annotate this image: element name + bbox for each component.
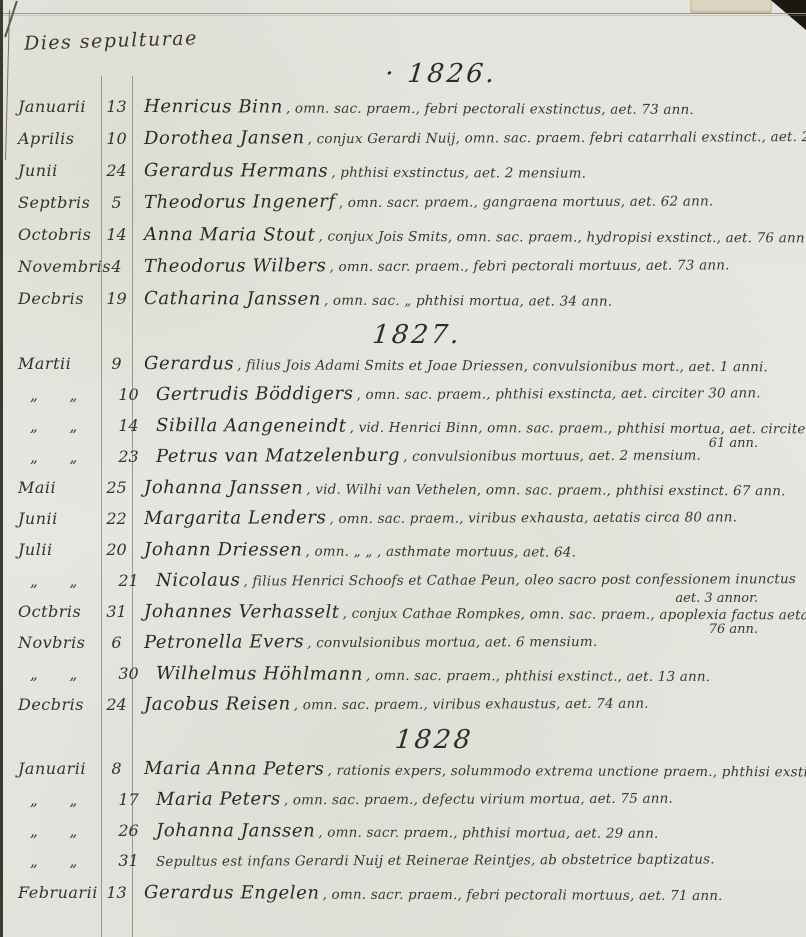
entry-name: Sibilla Aangeneindt — [156, 415, 347, 437]
entry-name: Wilhelmus Höhlmann — [156, 663, 363, 685]
register-row: Decbris24Jacobus Reisen, omn. sac. praem… — [0, 694, 806, 725]
register-row: Maii25Johanna Janssen, vid. Wilhi van Ve… — [0, 477, 806, 508]
entry-detail: , omn. sac. praem., defectu virium mortu… — [284, 791, 673, 809]
entry-day: 9 — [101, 354, 132, 373]
entry-name: Petrus van Matzelenburg — [156, 445, 400, 467]
register-row: „ „17Maria Peters, omn. sac. praem., def… — [0, 789, 806, 820]
entry-day: 22 — [101, 509, 132, 528]
entry-text: Theodorus Wilbers, omn. sacr. praem., fe… — [132, 253, 806, 277]
entry-name: Gertrudis Böddigers — [156, 383, 354, 405]
register-row: „ „10Gertrudis Böddigers, omn. sac. prae… — [0, 384, 806, 415]
entry-text: Gertrudis Böddigers, omn. sac. praem., p… — [144, 381, 806, 405]
entry-detail: , filius Henrici Schoofs et Cathae Peun,… — [243, 571, 796, 589]
entry-name: Johanna Janssen — [156, 820, 315, 842]
entry-day: 24 — [101, 161, 132, 180]
entry-detail: Sepultus est infans Gerardi Nuij et Rein… — [156, 852, 715, 870]
entry-text: Nicolaus, filius Henrici Schoofs et Cath… — [144, 567, 806, 591]
entry-detail: , omn. sacr. praem., gangraena mortuus, … — [339, 193, 714, 211]
entry-detail: , rationis expers, solummodo extrema unc… — [328, 763, 806, 781]
entry-month: Septbris — [0, 193, 101, 212]
entry-day: 10 — [113, 385, 144, 404]
entry-text: Gerardus, filius Jois Adami Smits et Joa… — [132, 353, 806, 376]
entry-name: Theodorus Ingenerf — [144, 191, 336, 213]
entry-name: Jacobus Reisen — [144, 693, 291, 715]
entry-detail: , conjux Cathae Rompkes, omn. sac. praem… — [343, 606, 806, 624]
entry-day: 17 — [113, 790, 144, 809]
entry-day: 31 — [113, 851, 144, 870]
burial-register: · 1826.Januarii13Henricus Binn, omn. sac… — [0, 56, 806, 913]
entry-month: Junii — [0, 161, 101, 180]
entry-day: 20 — [101, 540, 132, 559]
entry-month: „ „ — [0, 791, 113, 809]
entry-detail: , omn. „ „ , asthmate mortuus, aet. 64. — [305, 544, 576, 561]
entry-day: 26 — [113, 821, 144, 840]
register-row: Januarii13Henricus Binn, omn. sac. praem… — [0, 96, 806, 128]
entry-name: Dorothea Jansen — [144, 127, 305, 149]
entry-name: Johann Driessen — [144, 539, 303, 561]
entry-detail: , convulsionibus mortua, aet. 6 mensium. — [307, 634, 597, 651]
entry-detail: , convulsionibus mortuus, aet. 2 mensium… — [403, 448, 701, 465]
entry-text: Sepultus est infans Gerardi Nuij et Rein… — [144, 851, 806, 870]
entry-month: Januarii — [0, 97, 101, 116]
register-row: Decbris19Catharina Janssen, omn. sac. „ … — [0, 288, 806, 320]
entry-text: Gerardus Hermans, phthisi exstinctus, ae… — [132, 160, 806, 183]
entry-text: Henricus Binn, omn. sac. praem., febri p… — [132, 96, 806, 119]
entry-month: Novembris — [0, 257, 101, 276]
register-row: Februarii13Gerardus Engelen, omn. sacr. … — [0, 882, 806, 913]
register-row: „ „21Nicolaus, filius Henrici Schoofs et… — [0, 570, 806, 601]
page-title: Dies sepulturae — [24, 27, 198, 54]
entry-day: 23 — [113, 447, 144, 466]
year-section: · 1826.Januarii13Henricus Binn, omn. sac… — [0, 56, 806, 320]
page-top-rule — [0, 13, 806, 14]
entry-text: Petrus van Matzelenburg, convulsionibus … — [144, 443, 806, 467]
entry-text: Anna Maria Stout, conjux Jois Smits, omn… — [132, 224, 806, 247]
entry-text: Margarita Lenders, omn. sac. praem., vir… — [132, 505, 806, 529]
register-row: „ „31Sepultus est infans Gerardi Nuij et… — [0, 851, 806, 882]
year-section: 1828Januarii8Maria Anna Peters, rationis… — [0, 725, 806, 913]
entry-detail: , omn. sac. praem., phthisi exstinct., a… — [366, 668, 710, 685]
entry-text: Catharina Janssen, omn. sac. „ phthisi m… — [132, 288, 806, 311]
entry-name: Petronella Evers — [144, 631, 304, 653]
entry-month: „ „ — [0, 386, 113, 404]
entry-detail: , vid. Wilhi van Vethelen, omn. sac. pra… — [306, 482, 785, 500]
entry-detail: , omn. sac. „ phthisi mortua, aet. 34 an… — [324, 293, 612, 310]
entry-name: Nicolaus — [156, 570, 241, 591]
entry-detail: , omn. sac. praem., febri pectorali exst… — [286, 101, 694, 118]
year-heading: · 1826. — [0, 56, 806, 96]
year-heading: 1828 — [0, 725, 806, 758]
entry-text: Wilhelmus Höhlmann, omn. sac. praem., ph… — [144, 663, 806, 686]
page-top-edge — [0, 0, 806, 12]
entry-name: Johanna Janssen — [144, 477, 303, 499]
entry-day: 5 — [101, 193, 132, 212]
entry-text: Sibilla Aangeneindt, vid. Henrici Binn, … — [144, 415, 806, 438]
entry-text: Petronella Evers, convulsionibus mortua,… — [132, 629, 806, 653]
entry-month: „ „ — [0, 572, 113, 590]
entry-text: Johannes Verhasselt, conjux Cathae Rompk… — [132, 601, 806, 624]
entry-name: Theodorus Wilbers — [144, 255, 327, 277]
entry-detail: , omn. sacr. praem., febri pectorali mor… — [329, 257, 729, 275]
register-row: Novbris6Petronella Evers, convulsionibus… — [0, 632, 806, 663]
entry-day: 8 — [101, 759, 132, 778]
register-row: Octbris31Johannes Verhasselt, conjux Cat… — [0, 601, 806, 632]
entry-month: Julii — [0, 540, 101, 559]
entry-month: Januarii — [0, 759, 101, 778]
page-top-rule-faint — [0, 15, 806, 16]
entry-name: Henricus Binn — [144, 96, 283, 117]
entry-detail: , omn. sac. praem., viribus exhaustus, a… — [294, 696, 649, 714]
entry-month: Novbris — [0, 633, 101, 652]
entry-day: 24 — [101, 695, 132, 714]
register-row: Septbris5Theodorus Ingenerf, omn. sacr. … — [0, 192, 806, 224]
entry-name: Maria Peters — [156, 788, 281, 810]
entry-month: Maii — [0, 478, 101, 497]
entry-detail: , omn. sac. praem., viribus exhausta, ae… — [329, 509, 737, 527]
entry-text: Dorothea Jansen, conjux Gerardi Nuij, om… — [132, 125, 806, 149]
register-row: „ „23Petrus van Matzelenburg, convulsion… — [0, 446, 806, 477]
entry-day: 13 — [101, 883, 132, 902]
entry-day: 19 — [101, 289, 132, 308]
entry-name: Anna Maria Stout — [144, 224, 316, 246]
entry-day: 25 — [101, 478, 132, 497]
entry-detail: , filius Jois Adami Smits et Joae Driess… — [237, 357, 768, 375]
entry-day: 4 — [101, 257, 132, 276]
entry-detail: , conjux Gerardi Nuij, omn. sac. praem. … — [308, 129, 806, 147]
entry-day: 31 — [101, 602, 132, 621]
register-row: Octobris14Anna Maria Stout, conjux Jois … — [0, 224, 806, 256]
entry-month: „ „ — [0, 822, 113, 840]
entry-month: „ „ — [0, 417, 113, 435]
register-row: „ „14Sibilla Aangeneindt, vid. Henrici B… — [0, 415, 806, 446]
entry-month: Junii — [0, 509, 101, 528]
entry-month: Decbris — [0, 289, 101, 308]
entry-month: Aprilis — [0, 129, 101, 148]
entry-month: Februarii — [0, 883, 101, 902]
entry-day: 21 — [113, 571, 144, 590]
entry-detail: , omn. sacr. praem., phthisi mortua, aet… — [318, 825, 658, 842]
entry-day: 10 — [101, 129, 132, 148]
entry-month: Martii — [0, 354, 101, 373]
entry-text: Gerardus Engelen, omn. sacr. praem., feb… — [132, 882, 806, 905]
entry-text: Johanna Janssen, vid. Wilhi van Vethelen… — [132, 477, 806, 500]
entry-month: Decbris — [0, 695, 101, 714]
entry-text: Maria Anna Peters, rationis expers, solu… — [132, 758, 806, 781]
entry-text: Jacobus Reisen, omn. sac. praem., viribu… — [132, 691, 806, 715]
entry-detail: , conjux Jois Smits, omn. sac. praem., h… — [318, 229, 806, 247]
entry-detail: , omn. sac. praem., phthisi exstincta, a… — [357, 385, 761, 403]
entry-month: „ „ — [0, 448, 113, 466]
entry-day: 13 — [101, 97, 132, 116]
entry-month: Octobris — [0, 225, 101, 244]
register-row: Julii20Johann Driessen, omn. „ „ , asthm… — [0, 539, 806, 570]
entry-name: Gerardus Engelen — [144, 882, 320, 904]
register-row: „ „26Johanna Janssen, omn. sacr. praem.,… — [0, 820, 806, 851]
page-top-edge-light-patch — [690, 0, 772, 14]
entry-text: Theodorus Ingenerf, omn. sacr. praem., g… — [132, 189, 806, 213]
entry-name: Catharina Janssen — [144, 288, 321, 310]
register-row: Januarii8Maria Anna Peters, rationis exp… — [0, 758, 806, 789]
scanned-register-page: Dies sepulturae · 1826.Januarii13Henricu… — [0, 0, 806, 937]
entry-name: Gerardus Hermans — [144, 160, 328, 182]
entry-text: Johann Driessen, omn. „ „ , asthmate mor… — [132, 539, 806, 562]
entry-month: „ „ — [0, 852, 113, 870]
entry-name: Margarita Lenders — [144, 507, 327, 529]
entry-name: Gerardus — [144, 353, 234, 374]
register-row: Novembris4Theodorus Wilbers, omn. sacr. … — [0, 256, 806, 288]
entry-month: „ „ — [0, 665, 113, 683]
register-row: Aprilis10Dorothea Jansen, conjux Gerardi… — [0, 128, 806, 160]
entry-detail: , vid. Henrici Binn, omn. sac. praem., p… — [350, 420, 806, 438]
year-heading: 1827. — [0, 320, 806, 353]
entry-day: 14 — [101, 225, 132, 244]
entry-name: Maria Anna Peters — [144, 758, 325, 780]
entry-text: Johanna Janssen, omn. sacr. praem., phth… — [144, 820, 806, 843]
year-section: 1827.Martii9Gerardus, filius Jois Adami … — [0, 320, 806, 725]
register-row: „ „30Wilhelmus Höhlmann, omn. sac. praem… — [0, 663, 806, 694]
register-row: Martii9Gerardus, filius Jois Adami Smits… — [0, 353, 806, 384]
entry-detail: , omn. sacr. praem., febri pectorali mor… — [323, 887, 723, 904]
entry-day: 6 — [101, 633, 132, 652]
entry-text: Maria Peters, omn. sac. praem., defectu … — [144, 786, 806, 810]
register-row: Junii24Gerardus Hermans, phthisi exstinc… — [0, 160, 806, 192]
entry-name: Johannes Verhasselt — [144, 601, 340, 623]
entry-day: 30 — [113, 664, 144, 683]
entry-day: 14 — [113, 416, 144, 435]
entry-detail: , phthisi exstinctus, aet. 2 mensium. — [331, 165, 586, 182]
entry-month: Octbris — [0, 602, 101, 621]
register-row: Junii22Margarita Lenders, omn. sac. prae… — [0, 508, 806, 539]
